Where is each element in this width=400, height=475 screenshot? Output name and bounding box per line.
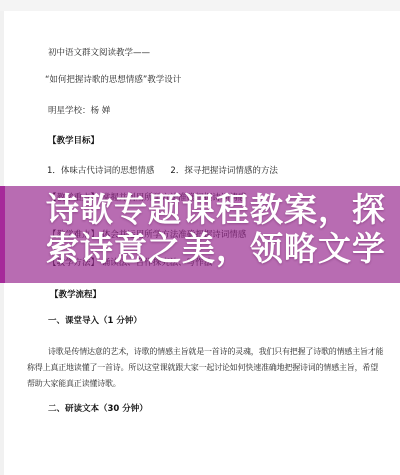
step-1-heading: 一、课堂导入（1 分钟） xyxy=(48,316,142,327)
title-banner-overlay: 诗歌专题课程教案，探索诗意之美，领略文学 xyxy=(0,186,400,283)
process-heading: 【教学流程】 xyxy=(50,290,101,301)
goals-line: 1．体味古代诗词的思想情感2．探寻把握诗词情感的方法 xyxy=(47,166,278,177)
goals-heading: 【教学目标】 xyxy=(48,136,99,147)
goal-item-2: 2．探寻把握诗词情感的方法 xyxy=(170,166,277,176)
intro-paragraph-line-3: 帮助大家能真正读懂诗歌。 xyxy=(27,378,121,389)
document-screenshot: 初中语文群文阅读教学—— “如何把握诗歌的思想情感”教学设计 明星学校：杨 婵 … xyxy=(0,0,400,475)
document-header: 初中语文群文阅读教学—— xyxy=(48,48,150,59)
banner-left-edge xyxy=(0,186,5,283)
step-2-heading: 二、研读文本（30 分钟） xyxy=(48,404,148,415)
goal-item-1: 1．体味古代诗词的思想情感 xyxy=(47,166,154,176)
author-line: 明星学校：杨 婵 xyxy=(48,106,110,117)
banner-title-text: 诗歌专题课程教案，探索诗意之美，领略文学 xyxy=(46,190,398,268)
intro-paragraph-line-1: 诗歌是传情达意的艺术，诗歌的情感主旨就是一首诗的灵魂，我们只有把握了诗歌的情感主… xyxy=(48,346,383,357)
intro-paragraph-line-2: 称得上真正地读懂了一首诗。所以这堂课就跟大家一起讨论如何快速准确地把握诗词的情感… xyxy=(27,362,378,373)
document-subtitle: “如何把握诗歌的思想情感”教学设计 xyxy=(45,75,181,86)
